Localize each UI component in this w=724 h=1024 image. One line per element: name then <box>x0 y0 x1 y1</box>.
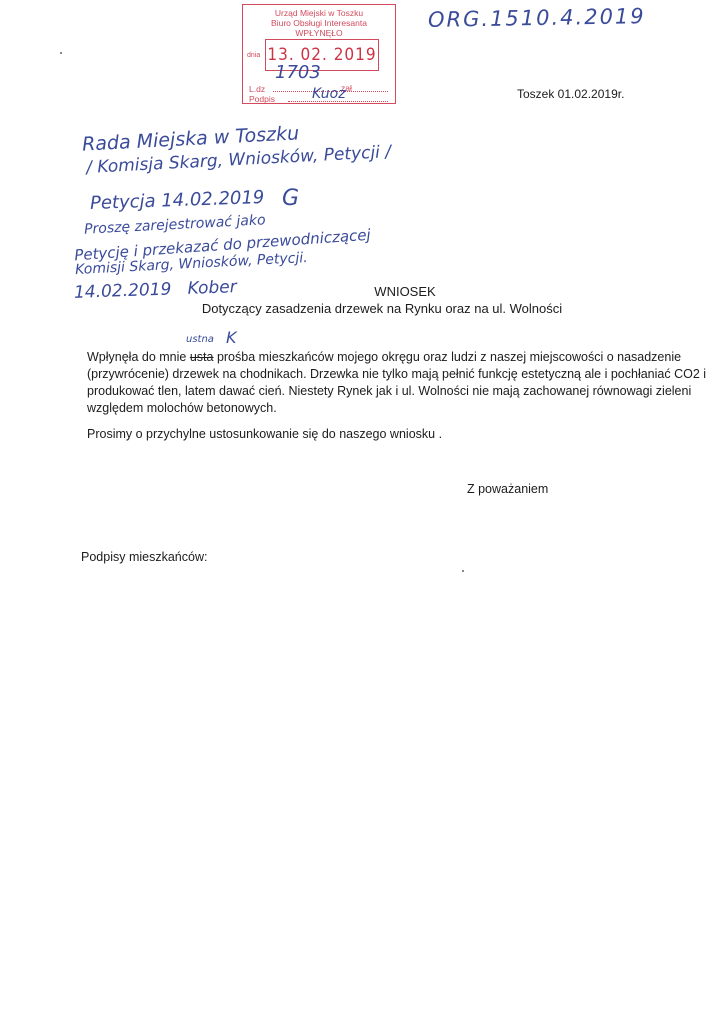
stamp-office-line1: Urząd Miejski w Toszku <box>243 8 395 18</box>
signatures-label: Podpisy mieszkańców: <box>81 550 207 564</box>
stamp-received-label: WPŁYNĘŁO <box>243 28 395 38</box>
reference-number: ORG.1510.4.2019 <box>428 4 646 32</box>
stamp-date-prefix: dnia <box>247 51 260 61</box>
stamp-signature-label: Podpis <box>249 94 275 104</box>
letter-body: Wpłynęła do mnie usta prośba mieszkańców… <box>87 349 707 417</box>
document-title: WNIOSEK <box>0 284 724 299</box>
scan-speck <box>60 52 62 54</box>
petition-initials: G <box>282 186 299 211</box>
correction-initials: K <box>226 328 237 347</box>
document-subtitle: Dotyczący zasadzenia drzewek na Rynku or… <box>0 301 724 316</box>
body-struck-word: usta <box>190 350 214 364</box>
place-date: Toszek 01.02.2019r. <box>517 87 624 101</box>
handwritten-correction: ustna <box>186 334 214 345</box>
stamp-ldz-number: 1703 <box>275 62 321 83</box>
request-sentence: Prosimy o przychylne ustosunkowanie się … <box>87 427 442 441</box>
closing: Z poważaniem <box>467 482 548 496</box>
stamp-signature: Kuoz <box>312 86 346 102</box>
stamp-office-line2: Biuro Obsługi Interesanta <box>243 18 395 28</box>
petition-label: Petycja 14.02.2019 <box>90 187 265 214</box>
stamp-ldz-label: L.dz <box>249 84 265 94</box>
scan-speck <box>462 570 464 572</box>
body-prefix: Wpłynęła do mnie <box>87 350 190 364</box>
